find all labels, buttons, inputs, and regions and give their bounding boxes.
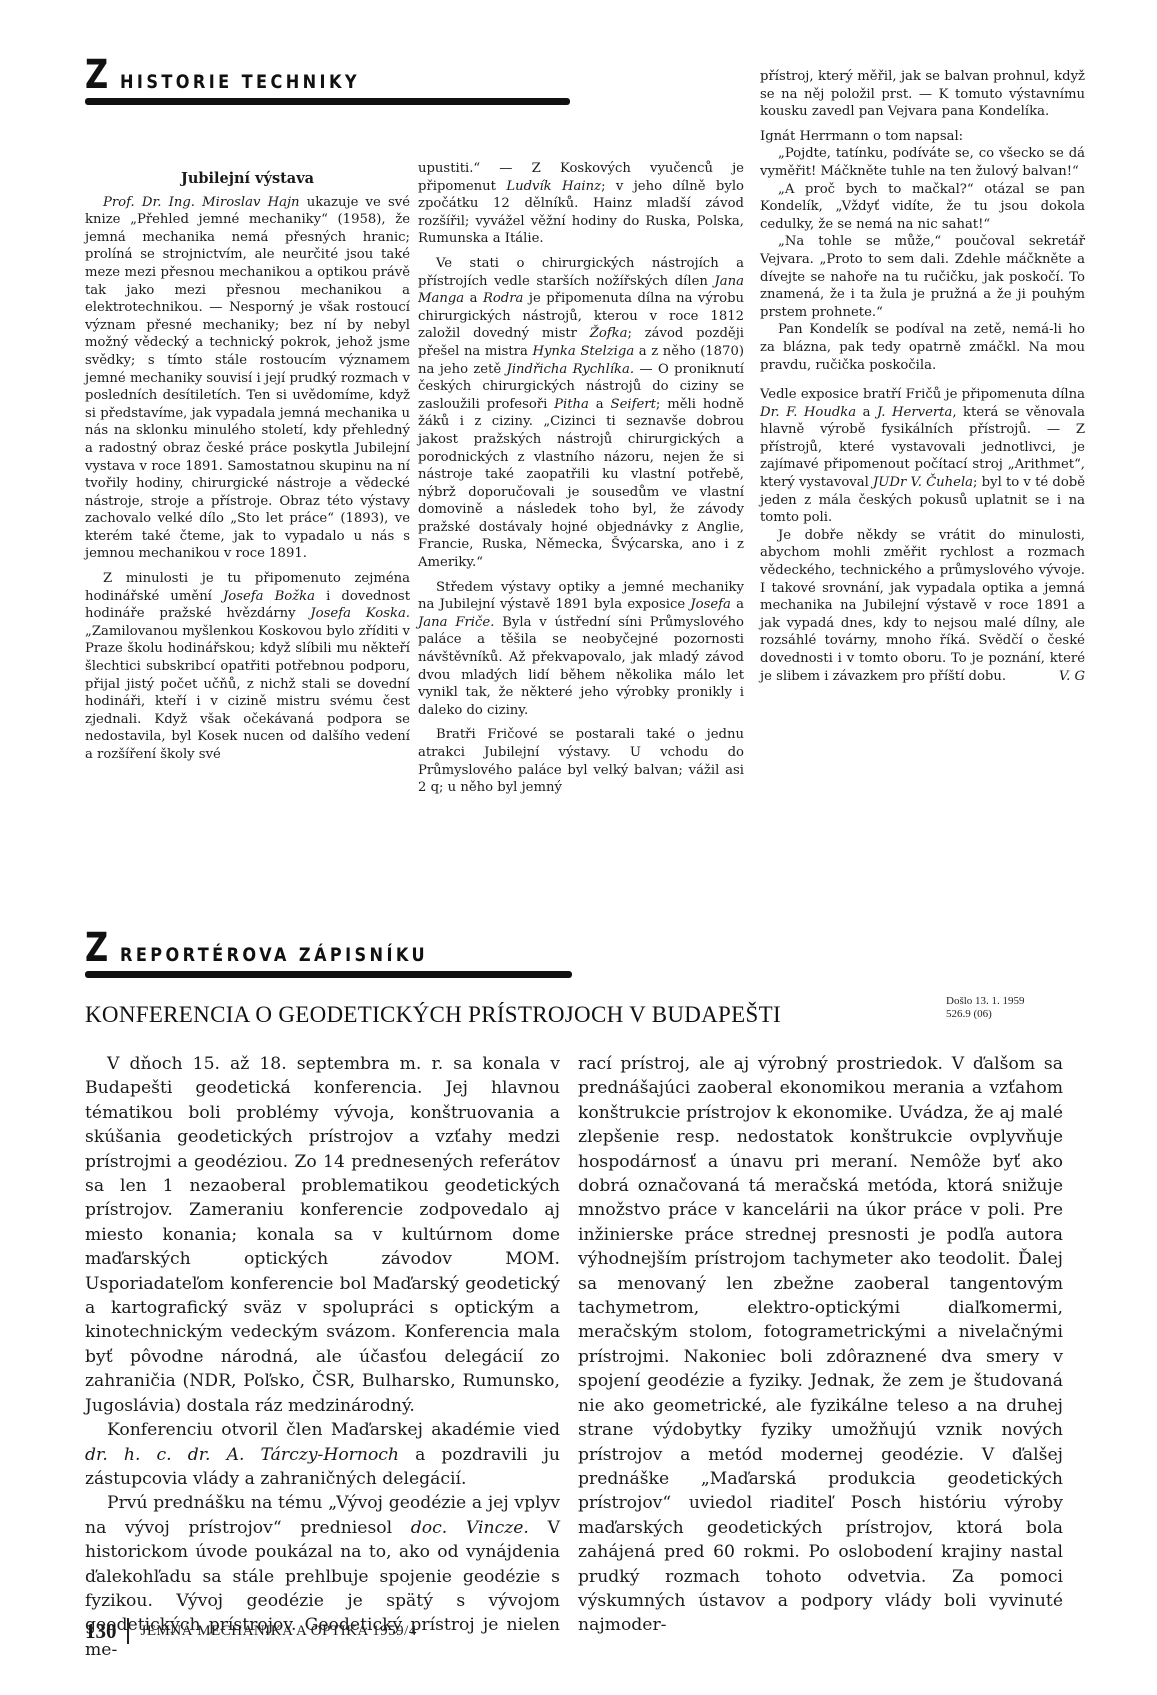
paragraph: „Na tohle se může,“ poučoval sekretář Ve…: [760, 233, 1085, 321]
person-name: Ludvík Hainz: [506, 179, 601, 194]
person-name: Seifert: [611, 397, 656, 412]
author-signature: V. G: [1041, 668, 1085, 686]
page-footer: 130 JEMNÁ MECHANIKA A OPTIKA 1959/4: [85, 1618, 417, 1644]
section-header-text: HISTORIE TECHNIKY: [120, 71, 360, 93]
paragraph-text: Ve stati o chirurgických nástrojích a př…: [418, 256, 744, 289]
person-name: Josefa: [690, 597, 731, 612]
article-column-1: V dňoch 15. až 18. septembra m. r. sa ko…: [85, 1052, 560, 1662]
paragraph-text: Je dobře někdy se vrátit do minulosti, a…: [760, 528, 1085, 684]
paragraph-text: a: [731, 597, 744, 612]
person-name: Hynka Stelziga: [532, 344, 634, 359]
paragraph: Prof. Dr. Ing. Miroslav Hajn ukazuje ve …: [85, 194, 410, 563]
received-date-line: Došlo 13. 1. 1959: [946, 995, 1025, 1008]
article-column-1: Jubilejní výstava Prof. Dr. Ing. Mirosla…: [85, 170, 410, 764]
person-name: dr. h. c. dr. A. Tárczy-Hornoch: [85, 1445, 399, 1465]
section-header-reporter: Z REPORTÉROVA ZÁPISNÍKU: [85, 925, 482, 971]
footer-divider: [127, 1618, 129, 1644]
section-header-initial: Z: [85, 925, 108, 971]
paragraph-text: a: [856, 405, 877, 420]
person-name: J. Herverta: [877, 405, 952, 420]
paragraph: Ignát Herrmann o tom napsal:: [760, 128, 1085, 146]
person-name: Jana Friče.: [418, 615, 494, 630]
article-column-2: rací prístroj, ale aj výrobný prostriedo…: [578, 1052, 1063, 1638]
page-number: 130: [85, 1619, 117, 1644]
paragraph-text: ; měli hodně žáků i z ciziny. „Cizinci t…: [418, 397, 744, 570]
paragraph-text: a: [464, 291, 483, 306]
paragraph: Středem výstavy optiky a jemné mechaniky…: [418, 579, 744, 720]
paragraph: Pan Kondelík se podíval na zetě, nemá-li…: [760, 321, 1085, 374]
section-header-initial: Z: [85, 52, 108, 98]
section-header-text: REPORTÉROVA ZÁPISNÍKU: [120, 944, 428, 966]
paragraph: Vedle exposice bratří Fričů je připomenu…: [760, 386, 1085, 527]
article-title: Jubilejní výstava: [85, 170, 410, 188]
journal-title: JEMNÁ MECHANIKA A OPTIKA 1959/4: [141, 1623, 417, 1640]
paragraph: Je dobře někdy se vrátit do minulosti, a…: [760, 527, 1085, 685]
paragraph: „Pojdte, tatínku, podíváte se, co všecko…: [760, 145, 1085, 180]
paragraph: V dňoch 15. až 18. septembra m. r. sa ko…: [85, 1052, 560, 1418]
paragraph-text: Byla v ústřední síni Průmyslového paláce…: [418, 615, 744, 718]
paragraph-text: „Zamilovanou myšlenkou Koskovou bylo zří…: [85, 624, 410, 762]
paragraph: Ve stati o chirurgických nástrojích a př…: [418, 255, 744, 572]
author-name: Prof. Dr. Ing. Miroslav Hajn: [103, 195, 300, 210]
person-name: Žofka: [590, 326, 628, 341]
person-name: JUDr V. Čuhela: [873, 475, 973, 490]
person-name: doc. Vincze.: [411, 1518, 529, 1538]
paragraph: upustiti.“ — Z Koskových vyučenců je při…: [418, 160, 744, 248]
person-name: Josefa Božka: [223, 589, 315, 604]
person-name: Dr. F. Houdka: [760, 405, 856, 420]
paragraph-text: a: [589, 397, 611, 412]
paragraph-text: Konferenciu otvoril člen Maďarskej akadé…: [107, 1420, 560, 1440]
paragraph: Bratři Fričové se postarali také o jednu…: [418, 726, 744, 796]
person-name: Josefa Koska.: [310, 606, 410, 621]
person-name: Jindřicha Rychlíka.: [507, 362, 635, 377]
section-rule: [85, 98, 570, 105]
paragraph: Konferenciu otvoril člen Maďarskej akadé…: [85, 1418, 560, 1491]
paragraph-text: Vedle exposice bratří Fričů je připomenu…: [760, 387, 1085, 402]
paragraph: rací prístroj, ale aj výrobný prostriedo…: [578, 1052, 1063, 1638]
article-column-3: přístroj, který měřil, jak se balvan pro…: [760, 68, 1085, 685]
section-header-history: Z HISTORIE TECHNIKY: [85, 52, 402, 98]
section-rule: [85, 971, 572, 978]
person-name: Pitha: [554, 397, 589, 412]
paragraph: „A proč bych to mačkal?“ otázal se pan K…: [760, 181, 1085, 234]
person-name: Rodra: [483, 291, 523, 306]
classification-code: 526.9 (06): [946, 1008, 1025, 1021]
paragraph: přístroj, který měřil, jak se balvan pro…: [760, 68, 1085, 121]
paragraph-text: ukazuje ve své knize „Přehled jemné mech…: [85, 195, 410, 562]
paragraph: Z minulosti je tu připomenuto zejména ho…: [85, 570, 410, 764]
received-date: Došlo 13. 1. 1959 526.9 (06): [946, 995, 1025, 1021]
article-column-2: upustiti.“ — Z Koskových vyučenců je při…: [418, 160, 744, 797]
article-headline: KONFERENCIA O GEODETICKÝCH PRÍSTROJOCH V…: [85, 1002, 781, 1028]
